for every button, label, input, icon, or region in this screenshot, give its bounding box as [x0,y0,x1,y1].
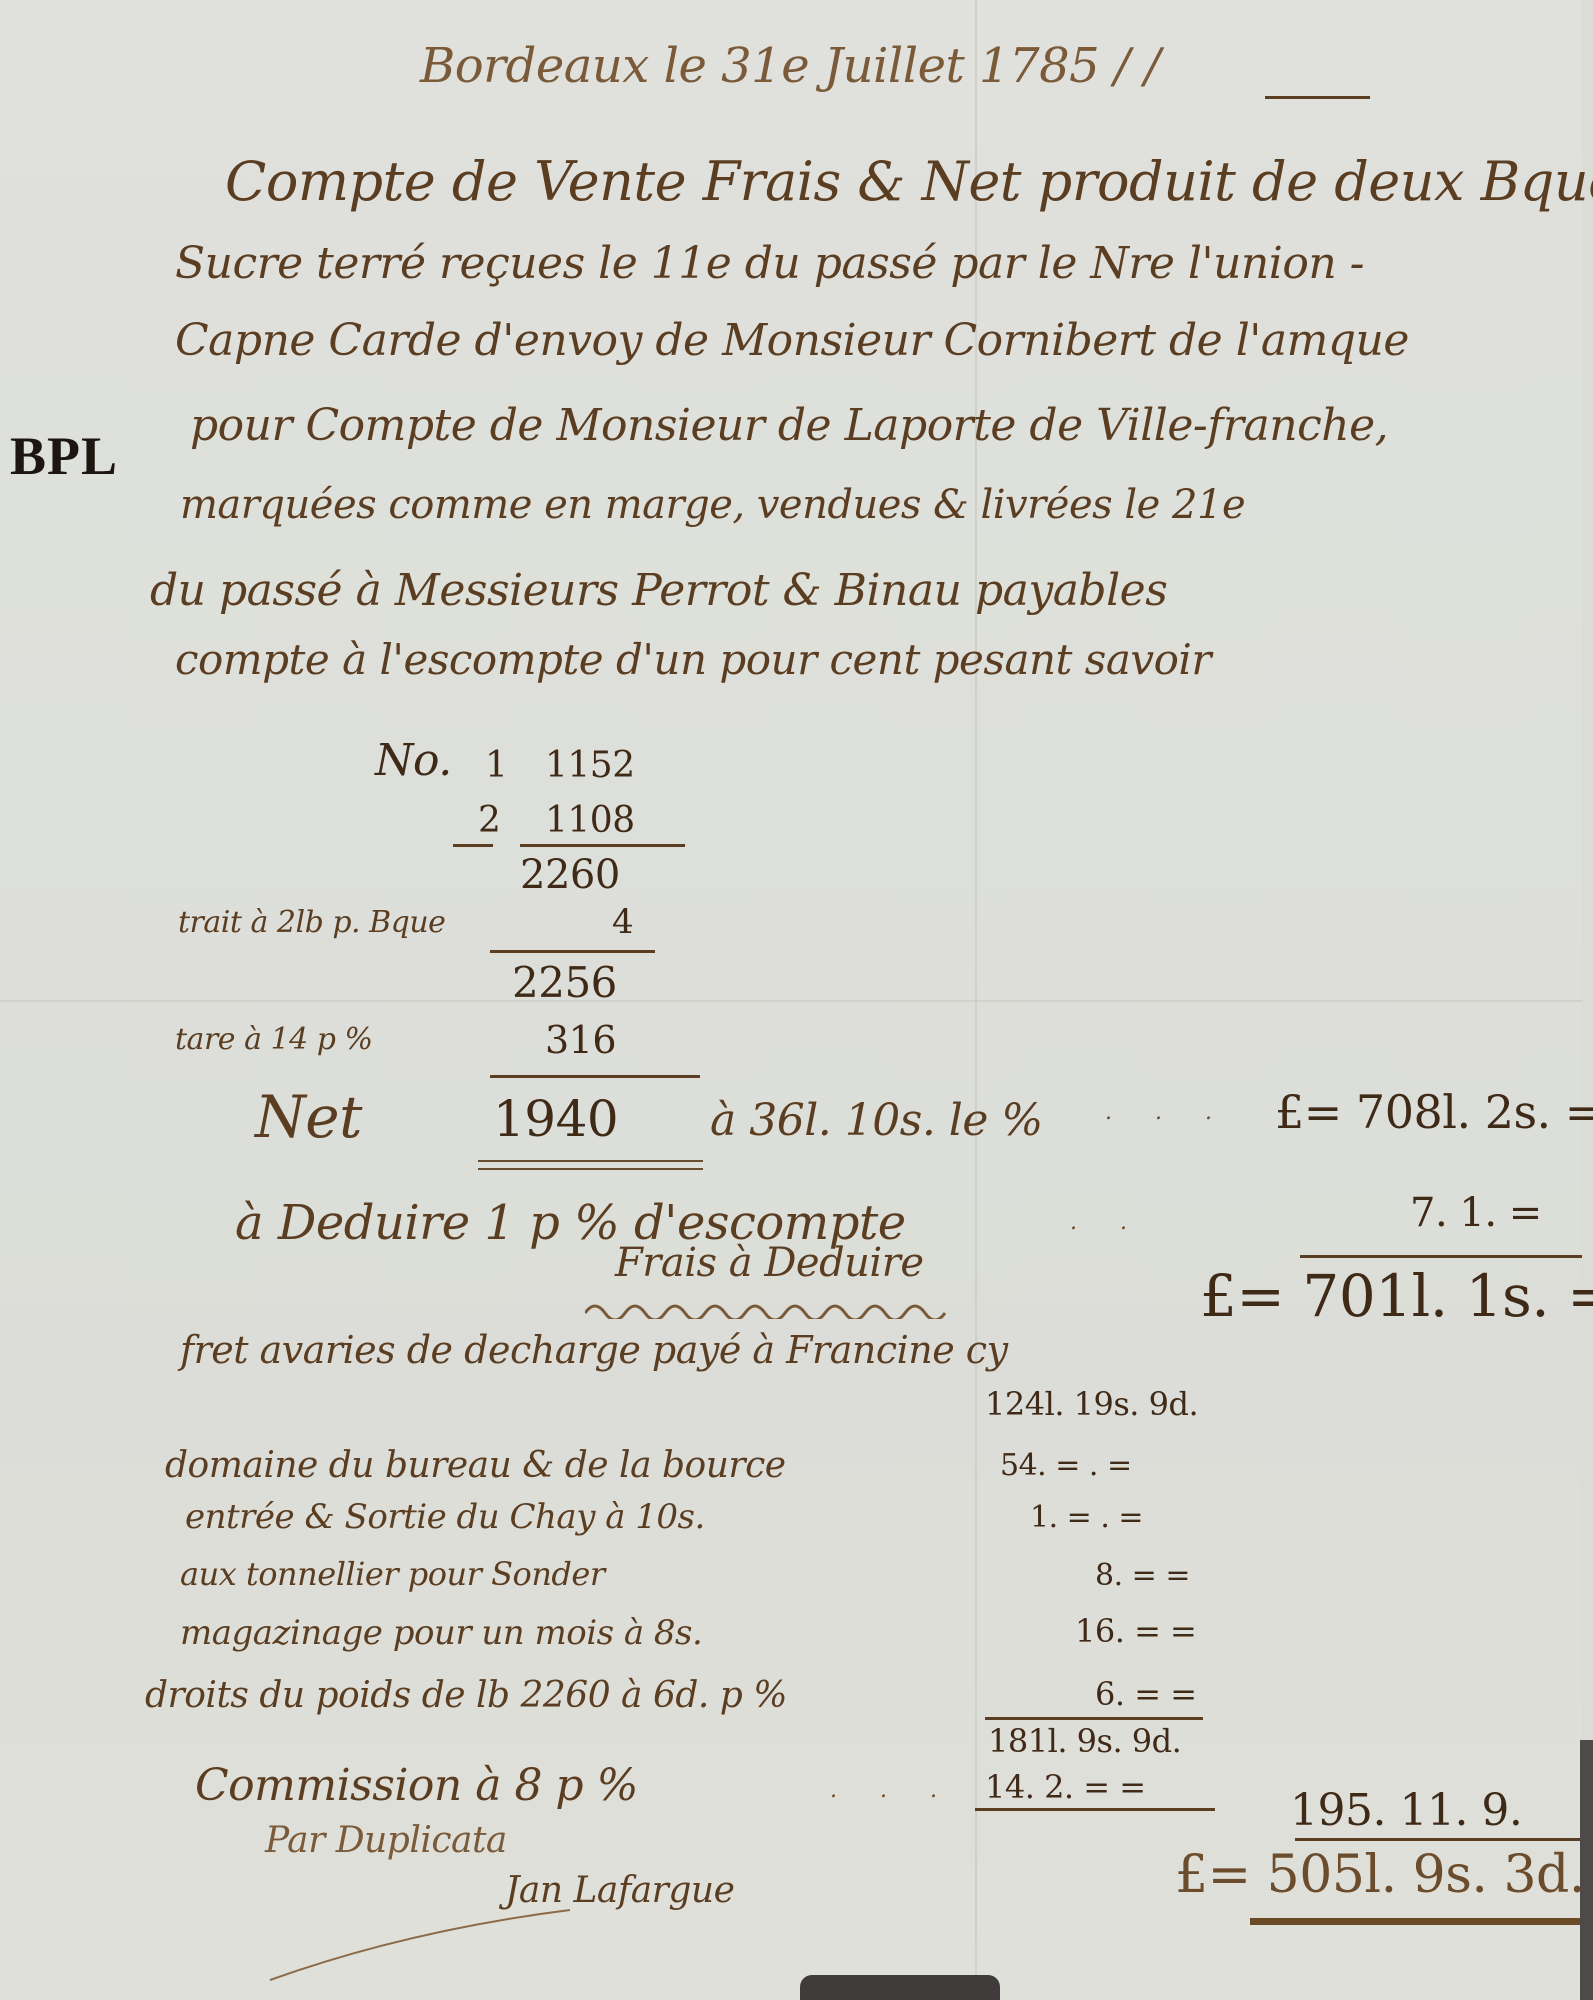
bale-no-rule [453,844,493,847]
charge-4-label: aux tonnellier pour Sonder [180,1555,605,1593]
after-trait-weight: 2256 [512,958,617,1007]
bale-1-weight: 1152 [545,745,635,786]
tare-value: 316 [545,1018,616,1062]
charge-5-amount: 16. = = [1075,1612,1196,1650]
duplicata-note: Par Duplicata [265,1820,507,1861]
commission-rule [975,1808,1215,1811]
subtotal-rule [985,1717,1203,1720]
number-label: No. [375,735,452,786]
charge-6-amount: 6. = = [1095,1675,1197,1713]
charges-subtotal: 181l. 9s. 9d. [988,1722,1181,1760]
leader-dots: . . . [1105,1100,1230,1125]
decorative-squiggle [585,1295,985,1319]
gross-total: 2260 [520,852,620,898]
heading-line-4: pour Compte de Monsieur de Laporte de Vi… [190,400,1388,451]
net-label: Net [255,1083,362,1151]
gross-rule [520,844,685,847]
signature-flourish [260,1900,580,1990]
library-stamp: BPL [10,425,118,487]
discount-value: 7. 1. = [1410,1190,1542,1236]
after-discount-amount: £= 701l. 1s. = [1200,1262,1593,1330]
tare-label: tare à 14 p % [175,1022,372,1057]
charge-3-label: entrée & Sortie du Chay à 10s. [185,1497,705,1537]
leader-dots: . . [1070,1210,1145,1235]
net-proceeds: £= 505l. 9s. 3d. [1175,1845,1585,1905]
charge-5-label: magazinage pour un mois à 8s. [180,1613,702,1653]
bale-2-no: 2 [478,800,500,841]
leader-dots: . . . [830,1778,955,1803]
charge-1-label: fret avaries de decharge payé à Francine… [180,1328,1008,1372]
charges-heading: Frais à Deduire [615,1240,924,1286]
commission-label: Commission à 8 p % [195,1760,638,1811]
charge-1-amount: 124l. 19s. 9d. [985,1385,1198,1423]
heading-line-3: Capne Carde d'envoy de Monsieur Corniber… [175,315,1409,366]
bale-2-weight: 1108 [545,800,635,841]
charge-2-label: domaine du bureau & de la bource [165,1445,786,1486]
charge-4-amount: 8. = = [1095,1558,1190,1593]
trait-label: trait à 2lb p. Bque [178,905,445,940]
dateline-dash [1265,96,1370,99]
heading-line-6: du passé à Messieurs Perrot & Binau paya… [150,565,1167,616]
heading-line-1: Compte de Vente Frais & Net produit de d… [225,150,1593,213]
heading-line-7: compte à l'escompte d'un pour cent pesan… [175,635,1211,684]
background-edge-bottom [800,1975,1000,2000]
charge-2-amount: 54. = . = [1000,1448,1132,1483]
after-trait-rule [490,950,655,953]
horizontal-fold-line [0,1000,1582,1002]
total-charges: 195. 11. 9. [1290,1785,1522,1836]
dateline: Bordeaux le 31e Juillet 1785 / / [420,38,1160,94]
trait-value: 4 [612,902,633,942]
heading-line-5: marquées comme en marge, vendues & livré… [180,482,1245,528]
gross-sale-amount: £= 708l. 2s. = [1275,1085,1593,1139]
charge-3-amount: 1. = . = [1030,1500,1143,1535]
net-double-rule [478,1160,703,1170]
charge-6-label: droits du poids de lb 2260 à 6d. p % [145,1675,787,1716]
net-proceeds-double-rule [1250,1918,1580,1925]
bale-1-no: 1 [485,745,507,786]
total-charges-rule [1295,1838,1580,1841]
net-top-rule [490,1075,700,1078]
discount-rule [1300,1255,1582,1258]
commission-value: 14. 2. = = [985,1768,1146,1806]
heading-line-2: Sucre terré reçues le 11e du passé par l… [175,238,1364,289]
net-rate: à 36l. 10s. le % [710,1095,1043,1146]
net-weight: 1940 [493,1090,618,1148]
